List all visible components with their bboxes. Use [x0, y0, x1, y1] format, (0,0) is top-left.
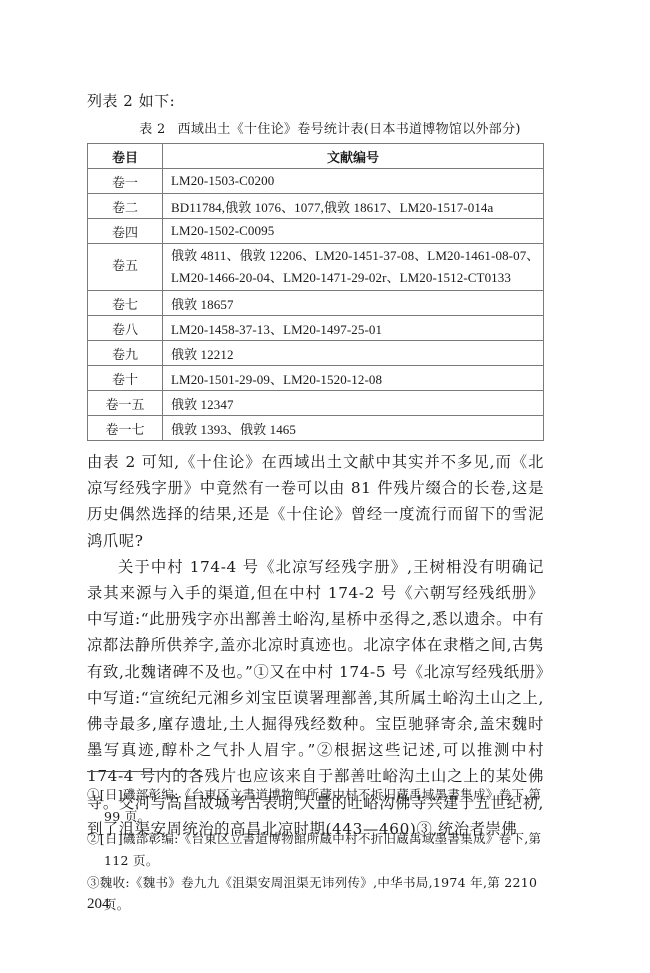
table-row: 卷一七 俄敦 1393、俄敦 1465: [88, 416, 544, 441]
table-caption-number: 表 2: [139, 122, 165, 137]
footnote-1: ①[日]磯部彰编:《台東区立書道博物館所蔵中村不折旧蔵禹域墨書集成》卷下,第 9…: [87, 784, 544, 828]
docs-cell: BD11784,俄敦 1076、1077,俄敦 18617、LM20-1517-…: [163, 194, 544, 219]
table-row: 卷五 俄敦 4811、俄敦 12206、LM20-1451-37-08、LM20…: [88, 244, 544, 291]
table-caption-title: 西域出土《十住论》卷号统计表(日本书道博物馆以外部分): [178, 122, 521, 137]
table-row: 卷十 LM20-1501-29-09、LM20-1520-12-08: [88, 366, 544, 391]
docs-cell: 俄敦 18657: [163, 291, 544, 316]
docs-cell: 俄敦 4811、俄敦 12206、LM20-1451-37-08、LM20-14…: [163, 244, 544, 291]
table-row: 卷七 俄敦 18657: [88, 291, 544, 316]
table-caption: 表 2西域出土《十住论》卷号统计表(日本书道博物馆以外部分): [0, 118, 650, 137]
volume-cell: 卷八: [88, 316, 163, 341]
docs-cell: LM20-1501-29-09、LM20-1520-12-08: [163, 366, 544, 391]
volume-statistics-table: 卷目 文献编号 卷一 LM20-1503-C0200 卷二 BD11784,俄敦…: [87, 143, 544, 441]
table-row: 卷二 BD11784,俄敦 1076、1077,俄敦 18617、LM20-15…: [88, 194, 544, 219]
header-volume: 卷目: [88, 144, 163, 169]
volume-cell: 卷一七: [88, 416, 163, 441]
footnote-2: ②[日]磯部彰编:《台東区立書道博物館所蔵中村不折旧蔵禹域墨書集成》卷下,第 1…: [87, 828, 544, 872]
docs-cell: LM20-1503-C0200: [163, 169, 544, 194]
volume-cell: 卷一五: [88, 391, 163, 416]
docs-cell: 俄敦 12212: [163, 341, 544, 366]
docs-cell: LM20-1502-C0095: [163, 219, 544, 244]
page-number: 204: [87, 896, 110, 913]
volume-cell: 卷二: [88, 194, 163, 219]
volume-cell: 卷一: [88, 169, 163, 194]
volume-cell: 卷五: [88, 244, 163, 291]
footnote-3: ③魏收:《魏书》卷九九《沮渠安周沮渠无讳列传》,中华书局,1974 年,第 22…: [87, 872, 544, 916]
table-row: 卷一五 俄敦 12347: [88, 391, 544, 416]
table-row: 卷九 俄敦 12212: [88, 341, 544, 366]
volume-cell: 卷七: [88, 291, 163, 316]
table-row: 卷八 LM20-1458-37-13、LM20-1497-25-01: [88, 316, 544, 341]
table-row: 卷一 LM20-1503-C0200: [88, 169, 544, 194]
docs-cell: 俄敦 1393、俄敦 1465: [163, 416, 544, 441]
docs-cell: 俄敦 12347: [163, 391, 544, 416]
table-header-row: 卷目 文献编号: [88, 144, 544, 169]
footnote-divider: [87, 771, 202, 772]
volume-cell: 卷九: [88, 341, 163, 366]
volume-cell: 卷十: [88, 366, 163, 391]
volume-cell: 卷四: [88, 219, 163, 244]
docs-cell: LM20-1458-37-13、LM20-1497-25-01: [163, 316, 544, 341]
header-document-numbers: 文献编号: [163, 144, 544, 169]
paragraph-1: 由表 2 可知,《十住论》在西域出土文献中其实并不多见,而《北凉写经残字册》中竟…: [87, 449, 544, 554]
table-row: 卷四 LM20-1502-C0095: [88, 219, 544, 244]
footnotes: ①[日]磯部彰编:《台東区立書道博物館所蔵中村不折旧蔵禹域墨書集成》卷下,第 9…: [87, 784, 544, 916]
intro-line: 列表 2 如下:: [87, 90, 175, 111]
